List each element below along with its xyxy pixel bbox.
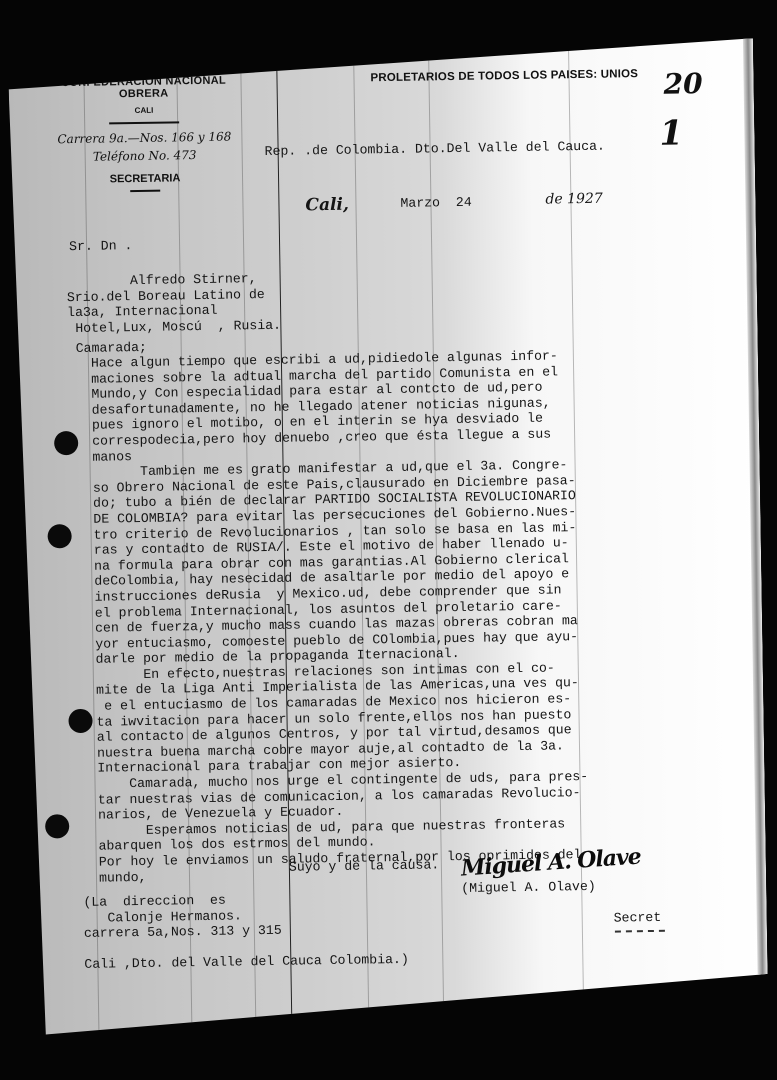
department-label: SECRETARIA — [40, 171, 250, 186]
letter-body: Hace algun tiempo que escribi a ud,pidie… — [91, 348, 590, 886]
organization-city: CALI — [39, 104, 249, 116]
punch-hole — [68, 709, 92, 733]
salutation: Sr. Dn . — [69, 238, 133, 255]
signatory-title: Secret — [614, 910, 662, 926]
typed-signature-name: (Miguel A. Olave) — [461, 879, 596, 897]
ornament-divider — [109, 121, 179, 130]
recipient-address: Alfredo Stirner,Srio.del Boreau Latino d… — [67, 271, 282, 337]
organization-telephone: Teléfono No. 473 — [40, 147, 250, 164]
punch-hole — [45, 814, 69, 838]
date-line: Cali, Marzo 24 de 1927 — [305, 195, 349, 216]
archive-page-number: 1 — [659, 113, 683, 153]
punch-hole — [47, 524, 71, 548]
organization-address: Carrera 9a.—Nos. 166 y 168 — [39, 129, 249, 146]
return-address-note: (La direccion es Calonje Hermanos.carrer… — [83, 890, 409, 973]
punch-hole — [54, 431, 78, 455]
letterhead: CONFEDERACION NACIONAL OBRERA CALI Carre… — [38, 74, 250, 193]
location-line: Rep. .de Colombia. Dto.Del Valle del Cau… — [265, 139, 605, 160]
date-month-day: Marzo 24 — [400, 195, 471, 211]
closing: Suyo y de la causa. — [289, 857, 440, 875]
page-edge — [743, 38, 768, 1023]
ornament-divider — [130, 190, 160, 192]
archive-folio-number: 20 — [663, 67, 702, 101]
title-underline — [615, 930, 665, 933]
motto: PROLETARIOS DE TODOS LOS PAISES: UNIOS — [370, 68, 638, 84]
date-city: Cali, — [305, 195, 349, 216]
text-line: Hotel,Lux, Moscú , Rusia. — [67, 318, 281, 337]
letter-page: CONFEDERACION NACIONAL OBRERA CALI Carre… — [8, 38, 768, 1035]
organization-name: CONFEDERACION NACIONAL OBRERA — [38, 74, 248, 101]
date-year: de 1927 — [545, 191, 603, 208]
